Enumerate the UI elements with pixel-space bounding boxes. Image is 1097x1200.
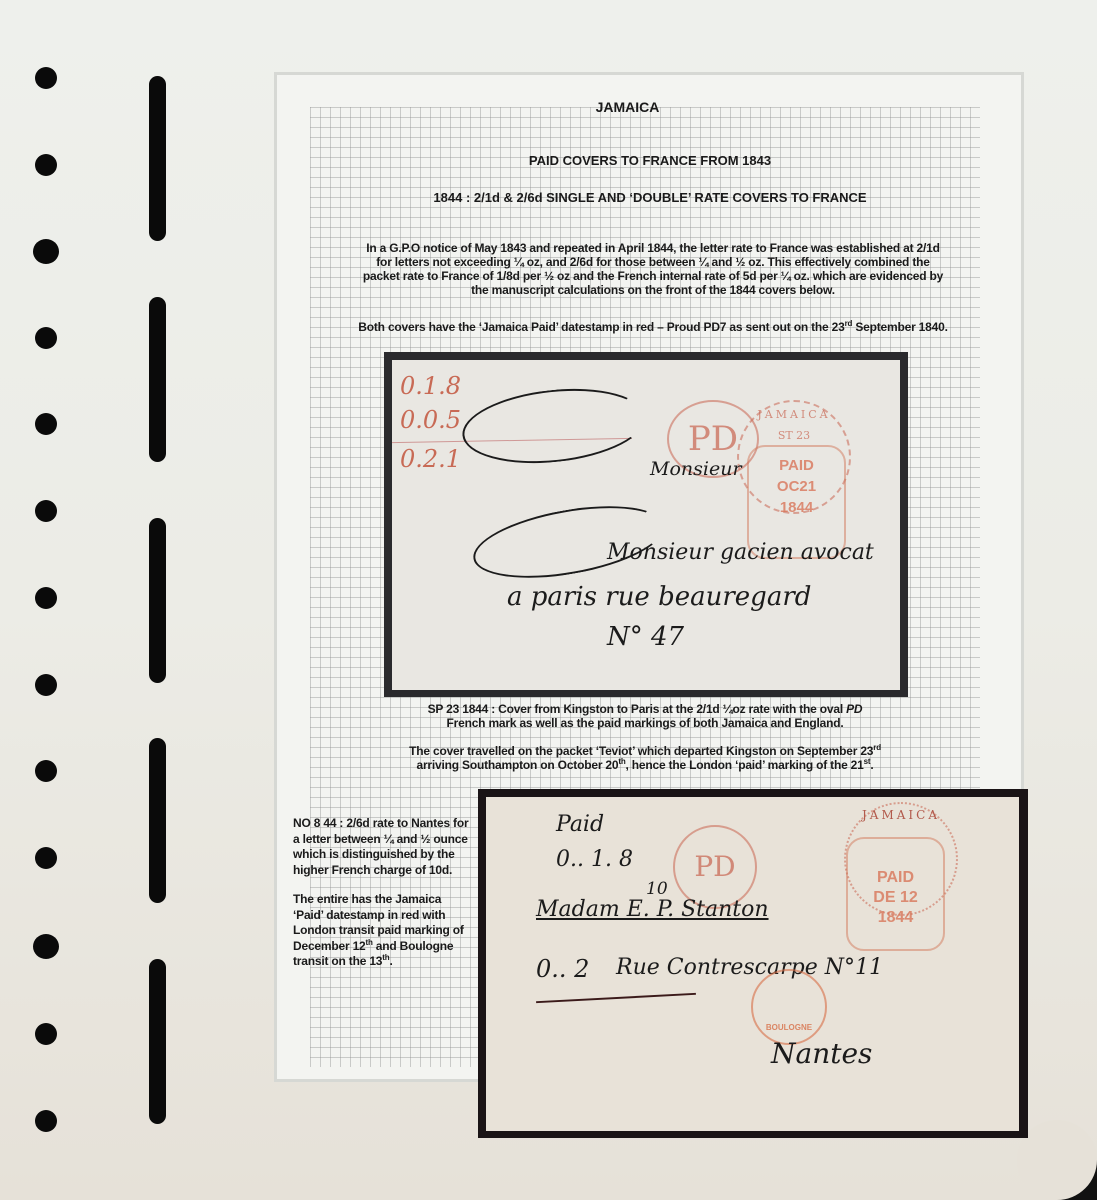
punch-hole [33, 934, 59, 959]
address-line: a paris rue beauregard [507, 582, 811, 612]
address-line: Monsieur [650, 458, 742, 480]
cover-2-side-note: NO 8 44 : 2/6d rate to Nantes for a lett… [293, 816, 471, 970]
binder-slot [149, 738, 166, 903]
punch-hole [33, 239, 59, 264]
punch-hole [35, 1110, 57, 1132]
punch-hole [35, 587, 57, 609]
underline-stroke [536, 993, 696, 1003]
cover-1[interactable]: 0.1.8 0.0.5 0.2.1 PD JAMAICA ST 23 PAID … [392, 360, 900, 690]
page-corner [1057, 1160, 1097, 1200]
punch-hole [35, 847, 57, 869]
manuscript-paid: Paid [556, 812, 604, 837]
london-paid-stamp: PAID DE 12 1844 [846, 837, 945, 951]
punch-hole [35, 327, 57, 349]
address-line: Monsieur gacien avocat [607, 540, 874, 565]
rate-line: 0.1.8 [400, 372, 461, 400]
flourish [459, 381, 650, 472]
punch-hole [35, 1023, 57, 1045]
intro-line: for letters not exceeding ¼ oz, and 2/6d… [323, 255, 983, 269]
rate-line: 0.0.5 [400, 406, 461, 434]
punch-hole [35, 67, 57, 89]
cover-2[interactable]: Paid 0.. 1. 8 10 PD Madam E. P. Stanton … [486, 797, 1019, 1131]
binder-slot [149, 297, 166, 462]
address-line: N° 47 [607, 622, 684, 652]
punch-hole [35, 760, 57, 782]
page-subtitle: PAID COVERS TO FRANCE FROM 1843 [320, 153, 980, 168]
intro-line: packet rate to France of 1/8d per ½ oz a… [323, 269, 983, 283]
intro-line: In a G.P.O notice of May 1843 and repeat… [323, 241, 983, 255]
intro-line: the manuscript calculations on the front… [323, 283, 983, 297]
punch-hole [35, 674, 57, 696]
rate-line: 0.. 1. 8 [556, 847, 633, 872]
rate-line: 10 [646, 879, 668, 899]
address-line: Madam E. P. Stanton [536, 897, 769, 922]
rate-line: 0.. 2 [536, 955, 589, 983]
binder-slot [149, 959, 166, 1124]
address-line: Nantes [771, 1037, 872, 1070]
section-heading: 1844 : 2/1d & 2/6d SINGLE AND ‘DOUBLE’ R… [320, 190, 980, 205]
page-title: JAMAICA [0, 99, 1097, 115]
rate-line: 0.2.1 [400, 445, 461, 473]
binder-slot [149, 518, 166, 683]
boulogne-transit-stamp: BOULOGNE [751, 969, 827, 1045]
both-covers-note: Both covers have the ‘Jamaica Paid’ date… [323, 320, 983, 334]
intro-paragraph: In a G.P.O notice of May 1843 and repeat… [323, 241, 983, 297]
punch-hole [35, 413, 57, 435]
cover-1-caption: SP 23 1844 : Cover from Kingston to Pari… [365, 702, 925, 772]
punch-hole [35, 154, 57, 176]
punch-hole [35, 500, 57, 522]
address-line: Rue Contrescarpe N°11 [616, 955, 883, 980]
